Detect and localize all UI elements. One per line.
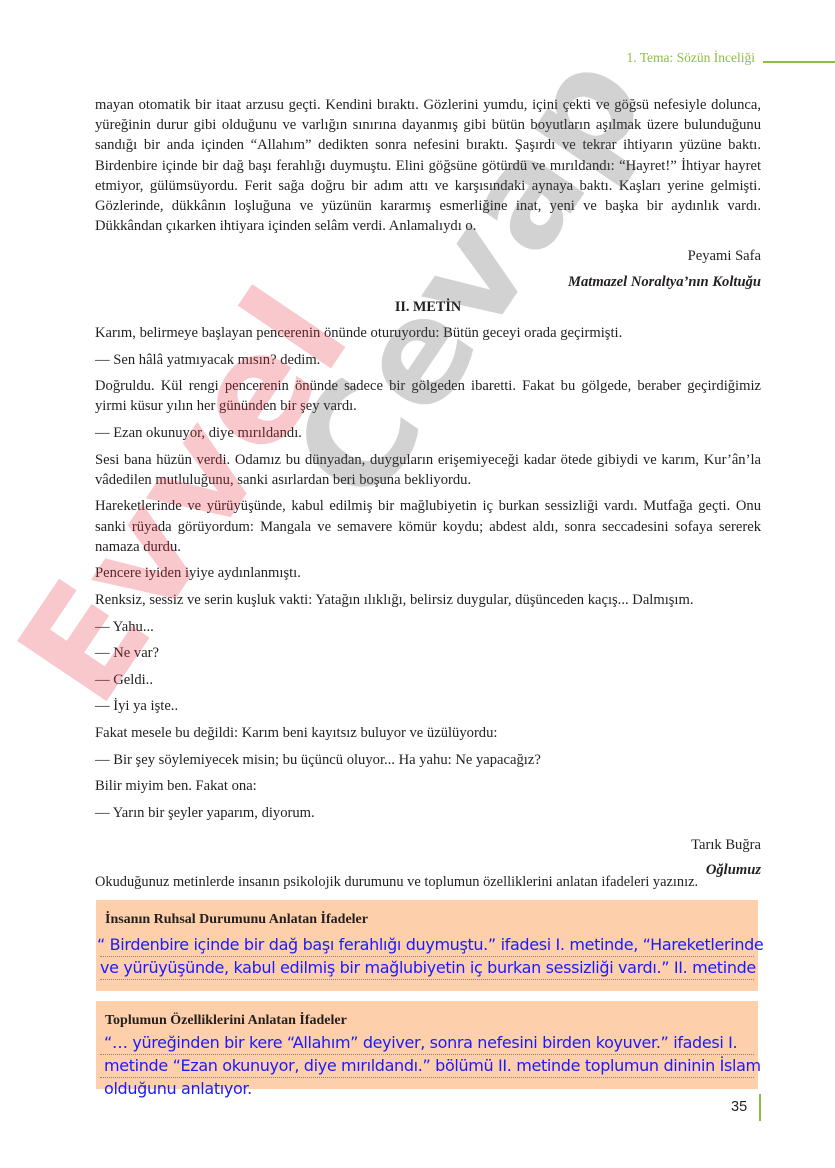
page-header: 1. Tema: Sözün İnceliği: [626, 46, 835, 66]
page-number: 35: [731, 1099, 747, 1115]
answer-text: “ Birdenbire içinde bir dağ başı ferahlı…: [97, 934, 763, 956]
answer-text: ve yürüyüşünde, kabul edilmiş bir mağlub…: [100, 957, 756, 979]
answer-box-title: İnsanın Ruhsal Durumunu Anlatan İfadeler: [105, 912, 368, 928]
answer-box-society[interactable]: Toplumun Özelliklerini Anlatan İfadeler …: [96, 1001, 758, 1089]
page-number-rule: [759, 1094, 761, 1121]
text2-line: Renksiz, sessiz ve serin kuşluk vakti: Y…: [95, 590, 761, 610]
text1-author: Peyami Safa: [95, 246, 761, 266]
text2-line: — Geldi..: [95, 670, 761, 690]
text2-line: — Yarın bir şeyler yaparım, diyorum.: [95, 803, 761, 823]
text2-line: Bilir miyim ben. Fakat ona:: [95, 776, 761, 796]
text2-line: — Sen hâlâ yatmıyacak mısın? dedim.: [95, 350, 761, 370]
answer-box-title: Toplumun Özelliklerini Anlatan İfadeler: [105, 1013, 347, 1029]
text2-line: — Ne var?: [95, 643, 761, 663]
text2-line: Doğruldu. Kül rengi pencerenin önünde sa…: [95, 376, 761, 416]
answer-line[interactable]: “ Birdenbire içinde bir dağ başı ferahlı…: [100, 934, 754, 957]
answer-line[interactable]: olduğunu anlatıyor.: [100, 1078, 754, 1100]
answer-box-psychological[interactable]: İnsanın Ruhsal Durumunu Anlatan İfadeler…: [96, 900, 758, 991]
text2-title: II. METİN: [95, 297, 761, 317]
text1-paragraph: mayan otomatik bir itaat arzusu geçti. K…: [95, 95, 761, 236]
answer-line[interactable]: “… yüreğinden bir kere “Allahım” deyiver…: [100, 1032, 754, 1055]
answer-line[interactable]: ve yürüyüşünde, kabul edilmiş bir mağlub…: [100, 957, 754, 980]
reading-content: mayan otomatik bir itaat arzusu geçti. K…: [95, 95, 761, 885]
answer-text: olduğunu anlatıyor.: [104, 1078, 252, 1100]
text2-line: Fakat mesele bu değildi: Karım beni kayı…: [95, 723, 761, 743]
text2-author: Tarık Buğra: [95, 835, 761, 855]
text2-line: — Yahu...: [95, 617, 761, 637]
text2-line: Karım, belirmeye başlayan pencerenin önü…: [95, 323, 761, 343]
text2-line: — Ezan okunuyor, diye mırıldandı.: [95, 423, 761, 443]
text2-line: Sesi bana hüzün verdi. Odamız bu dünyada…: [95, 450, 761, 490]
text2-line: Pencere iyiden iyiye aydınlanmıştı.: [95, 563, 761, 583]
question-instruction: Okuduğunuz metinlerde insanın psikolojik…: [95, 872, 765, 892]
text2-line: — İyi ya işte..: [95, 696, 761, 716]
text1-work: Matmazel Noraltya’nın Koltuğu: [95, 272, 761, 292]
theme-title: 1. Tema: Sözün İnceliği: [626, 50, 755, 66]
header-rule: [763, 61, 835, 63]
answer-text: “… yüreğinden bir kere “Allahım” deyiver…: [104, 1032, 737, 1054]
text2-line: — Bir şey söylemiyecek misin; bu üçüncü …: [95, 750, 761, 770]
text2-line: Hareketlerinde ve yürüyüşünde, kabul edi…: [95, 496, 761, 557]
answer-text: metinde “Ezan okunuyor, diye mırıldandı.…: [104, 1055, 761, 1077]
answer-line[interactable]: metinde “Ezan okunuyor, diye mırıldandı.…: [100, 1055, 754, 1078]
